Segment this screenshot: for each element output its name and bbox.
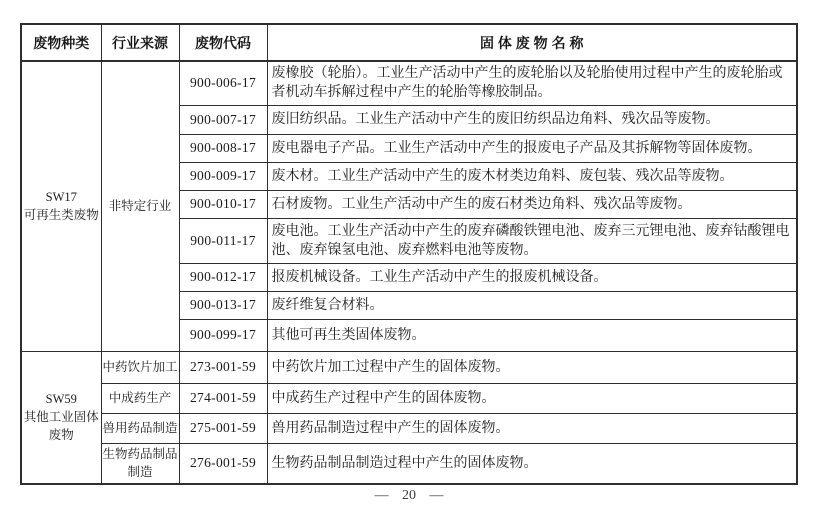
waste-code-cell: 900-013-17 (179, 291, 267, 319)
waste-code-cell: 900-010-17 (179, 190, 267, 218)
waste-name-cell: 其他可再生类固体废物。 (267, 319, 797, 351)
waste-code-cell: 276-001-59 (179, 443, 267, 484)
table-row: SW59 其他工业固体废物 中药饮片加工 273-001-59 中药饮片加工过程… (21, 351, 797, 383)
table-row: 生物药品制品制造 276-001-59 生物药品制品制造过程中产生的固体废物。 (21, 443, 797, 484)
waste-code-cell: 275-001-59 (179, 413, 267, 443)
waste-name-cell: 废电池。工业生产活动中产生的废弃磷酸铁锂电池、废弃三元锂电池、废弃钴酸锂电池、废… (267, 218, 797, 263)
waste-name-cell: 废纤维复合材料。 (267, 291, 797, 319)
industry-cell: 非特定行业 (101, 61, 179, 351)
page-number: — 20 — (0, 488, 818, 504)
industry-cell: 中药饮片加工 (101, 351, 179, 383)
waste-name-cell: 废电器电子产品。工业生产活动中产生的报废电子产品及其拆解物等固体废物。 (267, 134, 797, 162)
waste-code-cell: 900-012-17 (179, 263, 267, 291)
header-waste-code: 废物代码 (179, 24, 267, 61)
header-industry-source: 行业来源 (101, 24, 179, 61)
document-page: 废物种类 行业来源 废物代码 固 体 废 物 名 称 SW17 可再生类废物 非… (0, 0, 818, 519)
table-row: SW17 可再生类废物 非特定行业 900-006-17 废橡胶（轮胎）。工业生… (21, 61, 797, 105)
waste-code-cell: 900-099-17 (179, 319, 267, 351)
waste-code-cell: 900-008-17 (179, 134, 267, 162)
waste-name-cell: 废木材。工业生产活动中产生的废木材类边角料、废包装、残次品等废物。 (267, 162, 797, 190)
category-code: SW17 (22, 188, 101, 206)
waste-name-cell: 废旧纺织品。工业生产活动中产生的废旧纺织品边角料、残次品等废物。 (267, 105, 797, 134)
waste-name-cell: 中药饮片加工过程中产生的固体废物。 (267, 351, 797, 383)
waste-name-cell: 废橡胶（轮胎）。工业生产活动中产生的废轮胎以及轮胎使用过程中产生的废轮胎或者机动… (267, 61, 797, 105)
table-row: 兽用药品制造 275-001-59 兽用药品制造过程中产生的固体废物。 (21, 413, 797, 443)
waste-code-cell: 900-009-17 (179, 162, 267, 190)
category-code: SW59 (22, 390, 101, 408)
category-cell-sw59: SW59 其他工业固体废物 (21, 351, 101, 484)
category-cell-sw17: SW17 可再生类废物 (21, 61, 101, 351)
waste-code-cell: 273-001-59 (179, 351, 267, 383)
waste-name-cell: 石材废物。工业生产活动中产生的废石材类边角料、残次品等废物。 (267, 190, 797, 218)
industry-cell: 生物药品制品制造 (101, 443, 179, 484)
waste-code-cell: 274-001-59 (179, 383, 267, 413)
header-waste-category: 废物种类 (21, 24, 101, 61)
waste-name-cell: 报废机械设备。工业生产活动中产生的报废机械设备。 (267, 263, 797, 291)
table-row: 中成药生产 274-001-59 中成药生产过程中产生的固体废物。 (21, 383, 797, 413)
waste-name-cell: 兽用药品制造过程中产生的固体废物。 (267, 413, 797, 443)
waste-name-cell: 生物药品制品制造过程中产生的固体废物。 (267, 443, 797, 484)
table-header-row: 废物种类 行业来源 废物代码 固 体 废 物 名 称 (21, 24, 797, 61)
waste-code-cell: 900-007-17 (179, 105, 267, 134)
waste-code-cell: 900-006-17 (179, 61, 267, 105)
waste-name-cell: 中成药生产过程中产生的固体废物。 (267, 383, 797, 413)
category-name: 可再生类废物 (22, 206, 101, 224)
waste-table: 废物种类 行业来源 废物代码 固 体 废 物 名 称 SW17 可再生类废物 非… (20, 23, 798, 485)
industry-cell: 兽用药品制造 (101, 413, 179, 443)
waste-code-cell: 900-011-17 (179, 218, 267, 263)
industry-cell: 中成药生产 (101, 383, 179, 413)
category-name: 其他工业固体废物 (22, 408, 101, 444)
header-waste-name: 固 体 废 物 名 称 (267, 24, 797, 61)
